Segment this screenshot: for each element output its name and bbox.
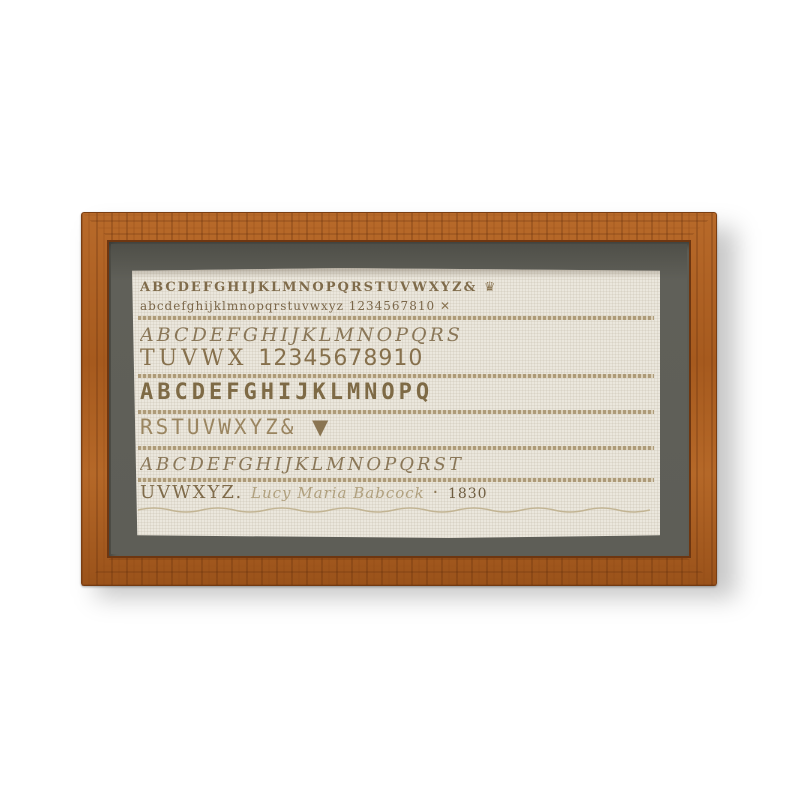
row-text: abcdefghijklmnopqrstuvwxyz bbox=[140, 299, 344, 313]
row-digits: 1234567810 bbox=[349, 299, 435, 313]
sampler-row-lowercase: abcdefghijklmnopqrstuvwxyz 1234567810 ✕ bbox=[140, 299, 652, 313]
crown-motif-icon: ♛ bbox=[484, 280, 498, 295]
sampler-row-upper-block: ABCDEFGHIJKLMNOPQRSTUVWXYZ& ♛ bbox=[140, 280, 652, 295]
stitched-border bbox=[138, 446, 654, 450]
row-text: ABCDEFGHIJKLMNOPQ bbox=[140, 380, 433, 405]
sampler-row-block-large-1: ABCDEFGHIJKLMNOPQ bbox=[140, 380, 652, 405]
sampler-row-block-large-2: RSTUVWXYZ& ▼ bbox=[140, 415, 652, 439]
row-text: ABCDEFGHIJKLMNOPQRS bbox=[140, 324, 463, 346]
row-text: ABCDEFGHIJKLMNOPQRSTUVWXYZ& bbox=[140, 280, 477, 295]
sampler-row-signature: UVWXYZ. Lucy Maria Babcock · 1830 bbox=[140, 482, 652, 503]
sampler-row-script-2: TUVWX 12345678910 bbox=[140, 346, 652, 371]
sampler-row-script-3: ABCDEFGHIJKLMNOPQRST bbox=[140, 454, 652, 475]
sampler-row-script-1: ABCDEFGHIJKLMNOPQRS bbox=[140, 324, 652, 346]
row-text: UVWXYZ. bbox=[140, 482, 243, 503]
stitched-border bbox=[138, 316, 654, 320]
row-text: TUVWX bbox=[140, 346, 247, 371]
sampler-linen: ABCDEFGHIJKLMNOPQRSTUVWXYZ& ♛ abcdefghij… bbox=[132, 268, 660, 538]
basket-motif-icon: ▼ bbox=[312, 415, 331, 439]
sampler-year: 1830 bbox=[448, 486, 488, 502]
maker-signature: Lucy Maria Babcock bbox=[251, 484, 425, 502]
stitched-border bbox=[138, 374, 654, 378]
stitched-border bbox=[138, 410, 654, 414]
row-text: ABCDEFGHIJKLMNOPQRST bbox=[140, 454, 464, 475]
row-digits: 12345678910 bbox=[258, 346, 423, 371]
cross-motif-icon: ✕ bbox=[440, 299, 451, 313]
dot-motif-icon: · bbox=[433, 482, 448, 503]
wavy-stitched-border bbox=[138, 506, 650, 514]
row-text: RSTUVWXYZ& bbox=[140, 415, 296, 439]
